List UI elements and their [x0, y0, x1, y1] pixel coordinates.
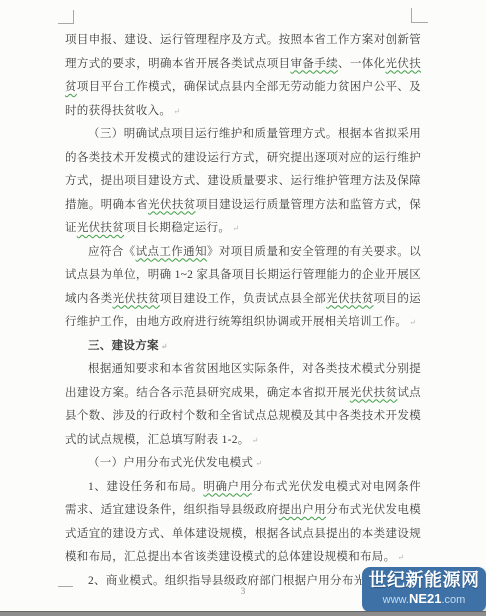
paragraph-mark-icon: ↵: [252, 436, 259, 445]
paragraph-text: 项目长期稳定运行。: [124, 222, 230, 234]
watermark-site-url: www.NE21.com: [362, 591, 486, 608]
paragraph-mark-icon: ↵: [161, 342, 168, 351]
paragraph-mark-icon: ↵: [409, 318, 416, 327]
document-page: 项目申报、建设、运行管理程序及方式。按照本省工作方案对创新管理方式的要求，明确本…: [0, 0, 486, 616]
text-boundary-mark-top-left: [58, 10, 74, 24]
spellcheck-wavy-underline-text: 光伏扶贫: [350, 387, 397, 399]
paragraph: 根据通知要求和本省贫困地区实际条件，对各类技术模式分别提出建设方案。结合各示范县…: [65, 358, 421, 452]
paragraph: 三、建设方案↵: [65, 335, 421, 359]
paragraph: 1、建设任务和布局。明确户用分布式光伏发电模式对电网条件需求、适宜建设条件，组织…: [65, 476, 421, 570]
watermark-badge: 世纪新能源网 www.NE21.com: [362, 567, 486, 612]
paragraph: （三）明确试点项目运行维护和质量管理方式。根据本省拟采用的各类技术开发模式的建设…: [65, 123, 421, 241]
paragraph-text: 、一体化: [338, 58, 385, 70]
spellcheck-wavy-underline-text: 明确户用: [203, 481, 251, 493]
paragraph-text: 项目平台工作模式，确保试点县内全部无劳动能力贫困户公平、及时的获得扶贫收入。: [65, 81, 421, 117]
paragraph-mark-icon: ↵: [397, 553, 404, 562]
watermark-url-www: www.: [383, 594, 409, 606]
spellcheck-wavy-underline-text: 光伏扶贫: [326, 293, 373, 305]
page-bottom-edge: [0, 611, 486, 616]
paragraph-text: 应符合《: [88, 246, 136, 258]
paragraph-text: 1、建设任务和布局。: [88, 481, 203, 493]
watermark-site-name: 世纪新能源网: [362, 570, 486, 591]
paragraph-text: 项目建设工作，负责试点县全部: [160, 293, 326, 305]
spellcheck-wavy-underline-text: 试点工作通知: [136, 246, 207, 258]
paragraph-text: （一）户用分布式光伏发电模式: [88, 457, 253, 469]
watermark-url-tld: .com: [441, 594, 465, 606]
spellcheck-wavy-underline-text: 光伏扶贫: [148, 199, 195, 211]
paragraph-text: 三、建设方案: [88, 340, 159, 352]
document-body: 项目申报、建设、运行管理程序及方式。按照本省工作方案对创新管理方式的要求，明确本…: [65, 29, 421, 593]
paragraph-mark-icon: ↵: [173, 107, 180, 116]
spellcheck-wavy-underline-text: 光伏扶贫: [77, 222, 124, 234]
paragraph-mark-icon: ↵: [232, 224, 239, 233]
paragraph: 项目申报、建设、运行管理程序及方式。按照本省工作方案对创新管理方式的要求，明确本…: [65, 29, 421, 123]
paragraph: （一）户用分布式光伏发电模式↵: [65, 452, 421, 476]
paragraph: 应符合《试点工作通知》对项目质量和安全管理的有关要求。以试点县为单位，明确 1~…: [65, 241, 421, 335]
spellcheck-wavy-underline-text: 光伏扶贫: [112, 293, 159, 305]
paragraph-mark-icon: ↵: [255, 459, 262, 468]
spellcheck-wavy-underline-text: 审备手续: [291, 58, 338, 70]
text-boundary-mark-top-right: [411, 8, 428, 23]
spellcheck-wavy-underline-text: 提出户用: [279, 504, 326, 516]
watermark-url-name: NE21: [409, 591, 442, 606]
paragraph-text: 2、商业模式。组织指导县级政府部门根据户用分布光伏: [88, 575, 377, 587]
